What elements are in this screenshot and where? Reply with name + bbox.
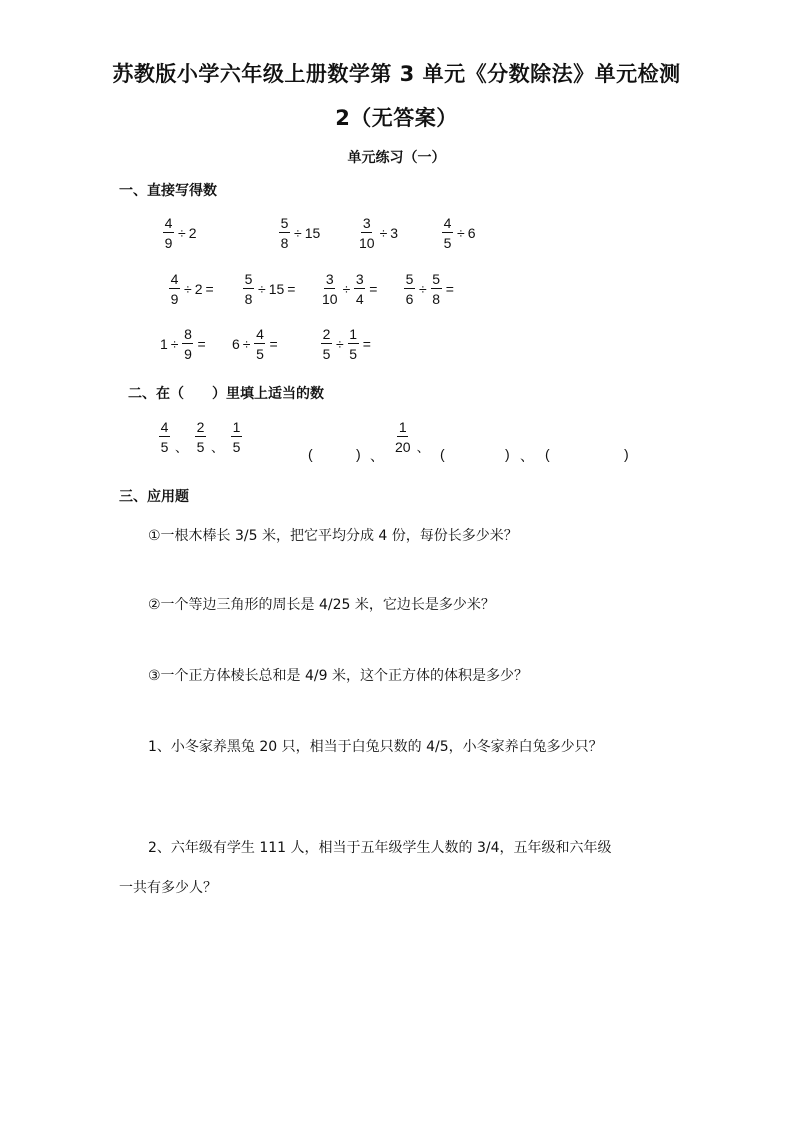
exercise-3-3: 25 ÷ 15 =: [320, 327, 374, 361]
sequence-fraction-4: 120 、: [393, 420, 434, 454]
denominator: 5: [232, 437, 242, 454]
separator: 、: [175, 437, 188, 456]
exercise-2-2: 58 ÷ 15 =: [242, 272, 298, 306]
numerator: 4: [159, 420, 170, 437]
equals-sign: =: [369, 281, 377, 297]
exercise-2-1: 49 ÷ 2 =: [168, 272, 217, 306]
divide-sign: ÷: [184, 281, 192, 297]
section2-heading: 二、在（ ）里填上适当的数: [128, 383, 324, 403]
separator: 、: [370, 446, 384, 466]
denominator: 9: [183, 344, 193, 361]
denominator: 4: [355, 289, 365, 306]
numerator: 4: [163, 216, 174, 233]
document-title-line2: 2（无答案）: [0, 102, 793, 132]
denominator: 9: [164, 233, 174, 250]
numerator: 3: [361, 216, 372, 233]
operand: 2: [195, 281, 203, 297]
separator: 、: [417, 437, 430, 456]
numerator: 4: [169, 272, 180, 289]
section3-heading: 三、应用题: [119, 486, 189, 506]
divide-sign: ÷: [258, 281, 266, 297]
divide-sign: ÷: [457, 225, 465, 241]
equals-sign: =: [363, 336, 371, 352]
exercise-2-3: 310 ÷ 34 =: [320, 272, 380, 306]
problem-3: ③一个正方体棱长总和是 4/9 米，这个正方体的体积是多少？: [148, 665, 528, 685]
denominator: 8: [244, 289, 254, 306]
denominator: 10: [358, 233, 376, 250]
blank-open-3: (: [545, 446, 550, 462]
equals-sign: =: [446, 281, 454, 297]
exercise-1-2: 58 ÷ 15: [278, 216, 320, 250]
denominator: 8: [431, 289, 441, 306]
divide-sign: ÷: [336, 336, 344, 352]
numerator: 2: [195, 420, 206, 437]
problem-1: ①一根木棒长 3/5 米，把它平均分成 4 份，每份长多少米？: [148, 525, 518, 545]
numerator: 5: [404, 272, 415, 289]
blank-close-2: ): [505, 446, 510, 462]
numerator: 3: [324, 272, 335, 289]
separator: 、: [211, 437, 224, 456]
operand: 15: [305, 225, 321, 241]
equals-sign: =: [205, 281, 213, 297]
denominator: 5: [443, 233, 453, 250]
divide-sign: ÷: [243, 336, 251, 352]
numerator: 1: [397, 420, 408, 437]
numerator: 1: [231, 420, 242, 437]
problem-5-line1: 2、六年级有学生 111 人，相当于五年级学生人数的 3/4，五年级和六年级: [148, 837, 612, 857]
operand: 6: [468, 225, 476, 241]
operand: 3: [390, 225, 398, 241]
denominator: 5: [196, 437, 206, 454]
problem-2: ②一个等边三角形的周长是 4/25 米，它边长是多少米？: [148, 594, 495, 614]
equals-sign: =: [269, 336, 277, 352]
denominator: 6: [405, 289, 415, 306]
blank-open-2: (: [440, 446, 445, 462]
blank-close-1: ): [356, 446, 361, 462]
numerator: 5: [279, 216, 290, 233]
equals-sign: =: [287, 281, 295, 297]
exercise-1-3: 310 ÷ 3: [357, 216, 398, 250]
sequence-fraction-3: 15: [230, 420, 243, 454]
numerator: 5: [431, 272, 442, 289]
operand: 15: [269, 281, 285, 297]
equals-sign: =: [197, 336, 205, 352]
blank-open-1: (: [308, 446, 313, 462]
denominator: 5: [322, 344, 332, 361]
divide-sign: ÷: [178, 225, 186, 241]
operand: 6: [232, 336, 240, 352]
separator: 、: [520, 446, 534, 466]
numerator: 3: [354, 272, 365, 289]
denominator: 5: [255, 344, 265, 361]
problem-5-line2: 一共有多少人？: [119, 877, 217, 897]
blank-close-3: ): [624, 446, 629, 462]
divide-sign: ÷: [419, 281, 427, 297]
exercise-1-4: 45 ÷ 6: [441, 216, 475, 250]
operand: 2: [189, 225, 197, 241]
exercise-3-1: 1 ÷ 89 =: [160, 327, 209, 361]
exercise-2-4: 56 ÷ 58 =: [403, 272, 457, 306]
numerator: 5: [243, 272, 254, 289]
problem-4: 1、小冬家养黑兔 20 只，相当于白兔只数的 4/5，小冬家养白兔多少只？: [148, 736, 603, 756]
denominator: 5: [348, 344, 358, 361]
sequence-fraction-1: 45 、: [158, 420, 192, 454]
exercise-3-2: 6 ÷ 45 =: [232, 327, 281, 361]
numerator: 8: [182, 327, 193, 344]
denominator: 10: [321, 289, 339, 306]
divide-sign: ÷: [294, 225, 302, 241]
sequence-fraction-2: 25 、: [194, 420, 228, 454]
denominator: 5: [160, 437, 170, 454]
exercise-1-1: 49 ÷ 2: [162, 216, 196, 250]
denominator: 20: [394, 437, 412, 454]
section1-heading: 一、直接写得数: [119, 180, 217, 200]
numerator: 1: [348, 327, 359, 344]
divide-sign: ÷: [171, 336, 179, 352]
numerator: 4: [442, 216, 453, 233]
document-title-line1: 苏教版小学六年级上册数学第 3 单元《分数除法》单元检测: [0, 58, 793, 88]
denominator: 9: [170, 289, 180, 306]
divide-sign: ÷: [343, 281, 351, 297]
numerator: 4: [254, 327, 265, 344]
denominator: 8: [280, 233, 290, 250]
document-subtitle: 单元练习（一）: [0, 147, 793, 167]
operand: 1: [160, 336, 168, 352]
numerator: 2: [321, 327, 332, 344]
divide-sign: ÷: [380, 225, 388, 241]
